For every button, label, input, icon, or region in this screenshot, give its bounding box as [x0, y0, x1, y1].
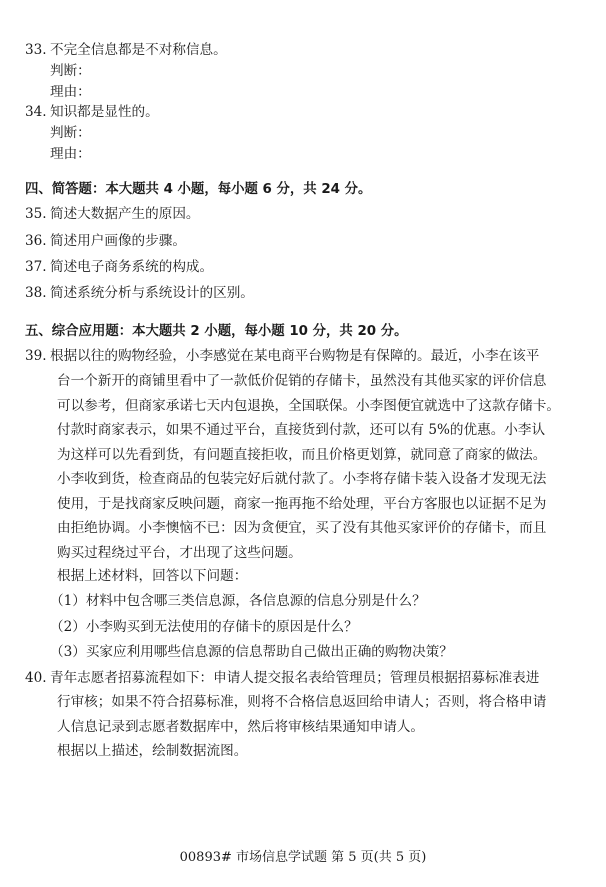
question-33-reason-label: 理由：	[50, 83, 91, 101]
question-39-line: 由拒绝协调。小李懊恼不已：因为贪便宜，买了没有其他买家评价的存储卡，而且	[57, 519, 546, 537]
question-39-line: 可以参考，但商家承诺七天内包退换，全国联保。小李图便宜就选中了这款存储卡。	[57, 397, 560, 415]
question-33-text: 不完全信息都是不对称信息。	[50, 41, 227, 59]
question-38-text: 简述系统分析与系统设计的区别。	[50, 284, 254, 302]
question-39-line: 台一个新开的商铺里看中了一款低价促销的存储卡，虽然没有其他买家的评价信息	[57, 372, 546, 390]
question-40-prompt: 根据以上描述，绘制数据流图。	[57, 742, 247, 760]
question-39-line: 根据以往的购物经验，小李感觉在某电商平台购物是有保障的。最近，小李在该平	[50, 347, 539, 365]
question-35-text: 简述大数据产生的原因。	[50, 205, 200, 223]
question-39-number: 39.	[25, 347, 47, 365]
question-34-judgment-label: 判断：	[50, 124, 91, 142]
question-40-line: 行审核；如果不符合招募标准，则将不合格信息返回给申请人；否则，将合格申请	[57, 693, 546, 711]
question-39-prompt: 根据上述材料，回答以下问题：	[57, 567, 247, 585]
question-39-sub-3: （3）买家应利用哪些信息源的信息帮助自己做出正确的购物决策？	[50, 643, 453, 661]
question-38-number: 38.	[25, 284, 47, 302]
question-37-text: 简述电子商务系统的构成。	[50, 258, 213, 276]
question-40-line: 人信息记录到志愿者数据库中，然后将审核结果通知申请人。	[57, 718, 424, 736]
question-39-line: 购买过程绕过平台，才出现了这些问题。	[57, 544, 302, 562]
question-39-line: 付款时商家表示，如果不通过平台，直接货到付款，还可以有 5%的优惠。小李认	[57, 421, 545, 439]
question-34-text: 知识都是显性的。	[50, 103, 159, 121]
question-36-text: 简述用户画像的步骤。	[50, 232, 186, 250]
question-34-number: 34.	[25, 103, 47, 121]
question-40-number: 40.	[25, 669, 47, 687]
question-34-reason-label: 理由：	[50, 145, 91, 163]
question-39-sub-2: （2）小李购买到无法使用的存储卡的原因是什么？	[50, 618, 358, 636]
question-39-line: 小李收到货，检查商品的包装完好后就付款了。小李将存储卡装入设备才发现无法	[57, 470, 546, 488]
question-37-number: 37.	[25, 258, 47, 276]
section-5-header: 五、综合应用题：本大题共 2 小题，每小题 10 分，共 20 分。	[25, 323, 408, 341]
question-33-judgment-label: 判断：	[50, 62, 91, 80]
question-39-line: 使用，于是找商家反映问题，商家一拖再拖不给处理，平台方客服也以证据不足为	[57, 495, 546, 513]
question-33-number: 33.	[25, 41, 47, 59]
page-footer: 00893# 市场信息学试题 第 5 页(共 5 页)	[0, 846, 606, 865]
question-39-sub-1: （1）材料中包含哪三类信息源，各信息源的信息分别是什么？	[50, 592, 426, 610]
section-4-header: 四、简答题：本大题共 4 小题，每小题 6 分，共 24 分。	[25, 181, 371, 199]
question-36-number: 36.	[25, 232, 47, 250]
question-39-line: 为这样可以先看到货，有问题直接拒收，而且价格更划算，就同意了商家的做法。	[57, 446, 546, 464]
question-40-line: 青年志愿者招募流程如下：申请人提交报名表给管理员；管理员根据招募标准表进	[50, 669, 539, 687]
question-35-number: 35.	[25, 205, 47, 223]
